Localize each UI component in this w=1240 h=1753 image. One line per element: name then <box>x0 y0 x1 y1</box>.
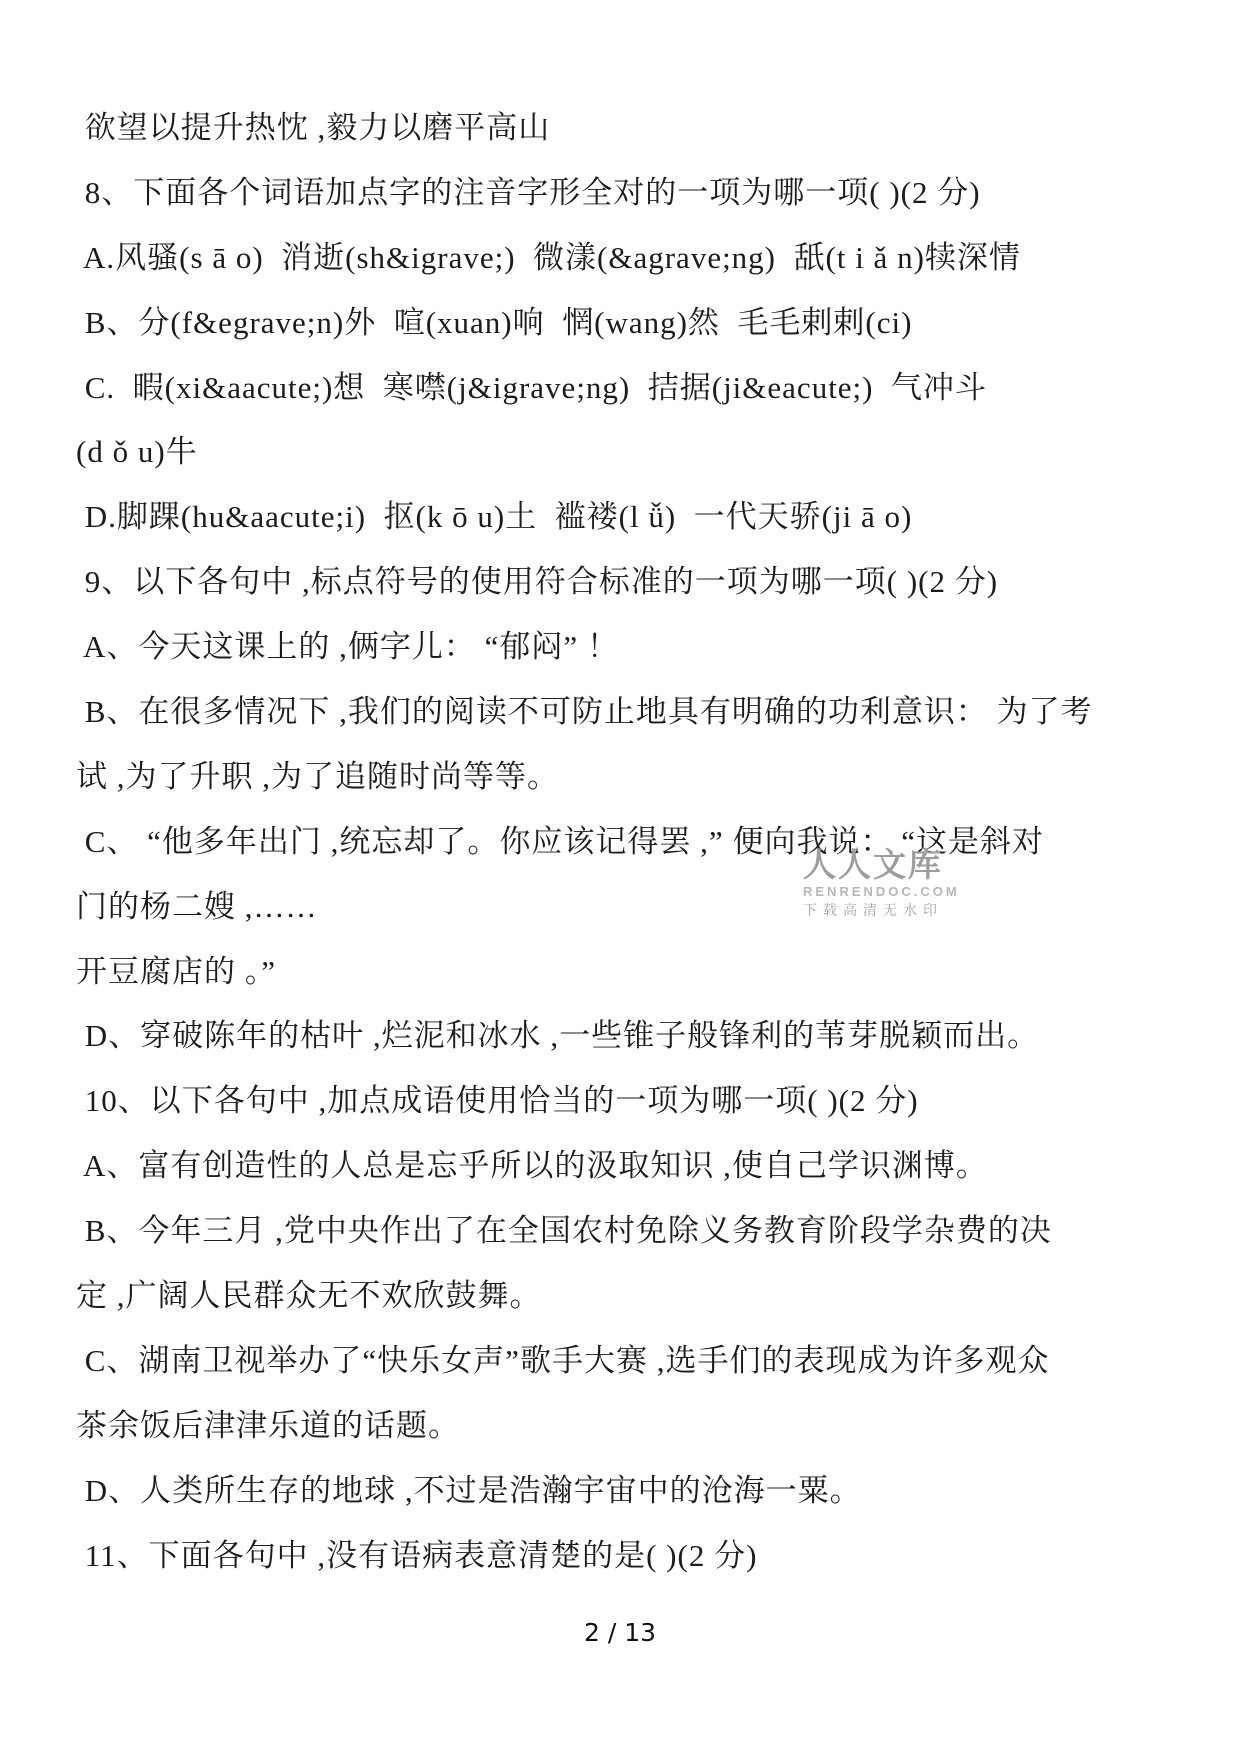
page-number: 2 / 13 <box>0 1618 1240 1647</box>
text-line: D、人类所生存的地球 ,不过是浩瀚宇宙中的沧海一粟。 <box>76 1459 1180 1524</box>
text-line: C、 “他多年出门 ,统忘却了。你应该记得罢 ,” 便向我说： “这是斜对 <box>76 810 1180 875</box>
text-line: 10、以下各句中 ,加点成语使用恰当的一项为哪一项( )(2 分) <box>76 1069 1180 1134</box>
text-line: 9、以下各句中 ,标点符号的使用符合标准的一项为哪一项( )(2 分) <box>76 550 1180 615</box>
document-body: 欲望以提升热忱 ,毅力以磨平高山 8、下面各个词语加点字的注音字形全对的一项为哪… <box>76 96 1180 1588</box>
text-line: A、富有创造性的人总是忘乎所以的汲取知识 ,使自己学识渊博。 <box>76 1134 1180 1199</box>
text-line: 8、下面各个词语加点字的注音字形全对的一项为哪一项( )(2 分) <box>76 161 1180 226</box>
text-line: 11、下面各句中 ,没有语病表意清楚的是( )(2 分) <box>76 1524 1180 1589</box>
text-line: (d ǒ u)牛 <box>76 420 1180 485</box>
text-line: 茶余饭后津津乐道的话题。 <box>76 1394 1180 1459</box>
text-line: B、今年三月 ,党中央作出了在全国农村免除义务教育阶段学杂费的决 <box>76 1199 1180 1264</box>
text-line: C、湖南卫视举办了“快乐女声”歌手大赛 ,选手们的表现成为许多观众 <box>76 1329 1180 1394</box>
text-line: 门的杨二嫂 ,…… <box>76 875 1180 940</box>
text-line: A.风骚(s ā o) 消逝(sh&igrave;) 微漾(&agrave;ng… <box>76 226 1180 291</box>
text-line: B、分(f&egrave;n)外 喧(xuan)响 惘(wang)然 毛毛剌剌(… <box>76 291 1180 356</box>
text-line: D.脚踝(hu&aacute;i) 抠(k ō u)土 褴褛(l ǚ) 一代天骄… <box>76 485 1180 550</box>
text-line: 定 ,广阔人民群众无不欢欣鼓舞。 <box>76 1264 1180 1329</box>
text-line: C. 暇(xi&aacute;)想 寒噤(j&igrave;ng) 拮据(ji&… <box>76 356 1180 421</box>
text-line: B、在很多情况下 ,我们的阅读不可防止地具有明确的功利意识： 为了考 <box>76 680 1180 745</box>
text-line: 开豆腐店的 。” <box>76 940 1180 1005</box>
document-page: 欲望以提升热忱 ,毅力以磨平高山 8、下面各个词语加点字的注音字形全对的一项为哪… <box>0 0 1240 1753</box>
text-line: D、穿破陈年的枯叶 ,烂泥和冰水 ,一些锥子般锋利的苇芽脱颖而出。 <box>76 1004 1180 1069</box>
text-line: A、今天这课上的 ,俩字儿： “郁闷” ！ <box>76 615 1180 680</box>
text-line: 欲望以提升热忱 ,毅力以磨平高山 <box>76 96 1180 161</box>
text-line: 试 ,为了升职 ,为了追随时尚等等。 <box>76 745 1180 810</box>
